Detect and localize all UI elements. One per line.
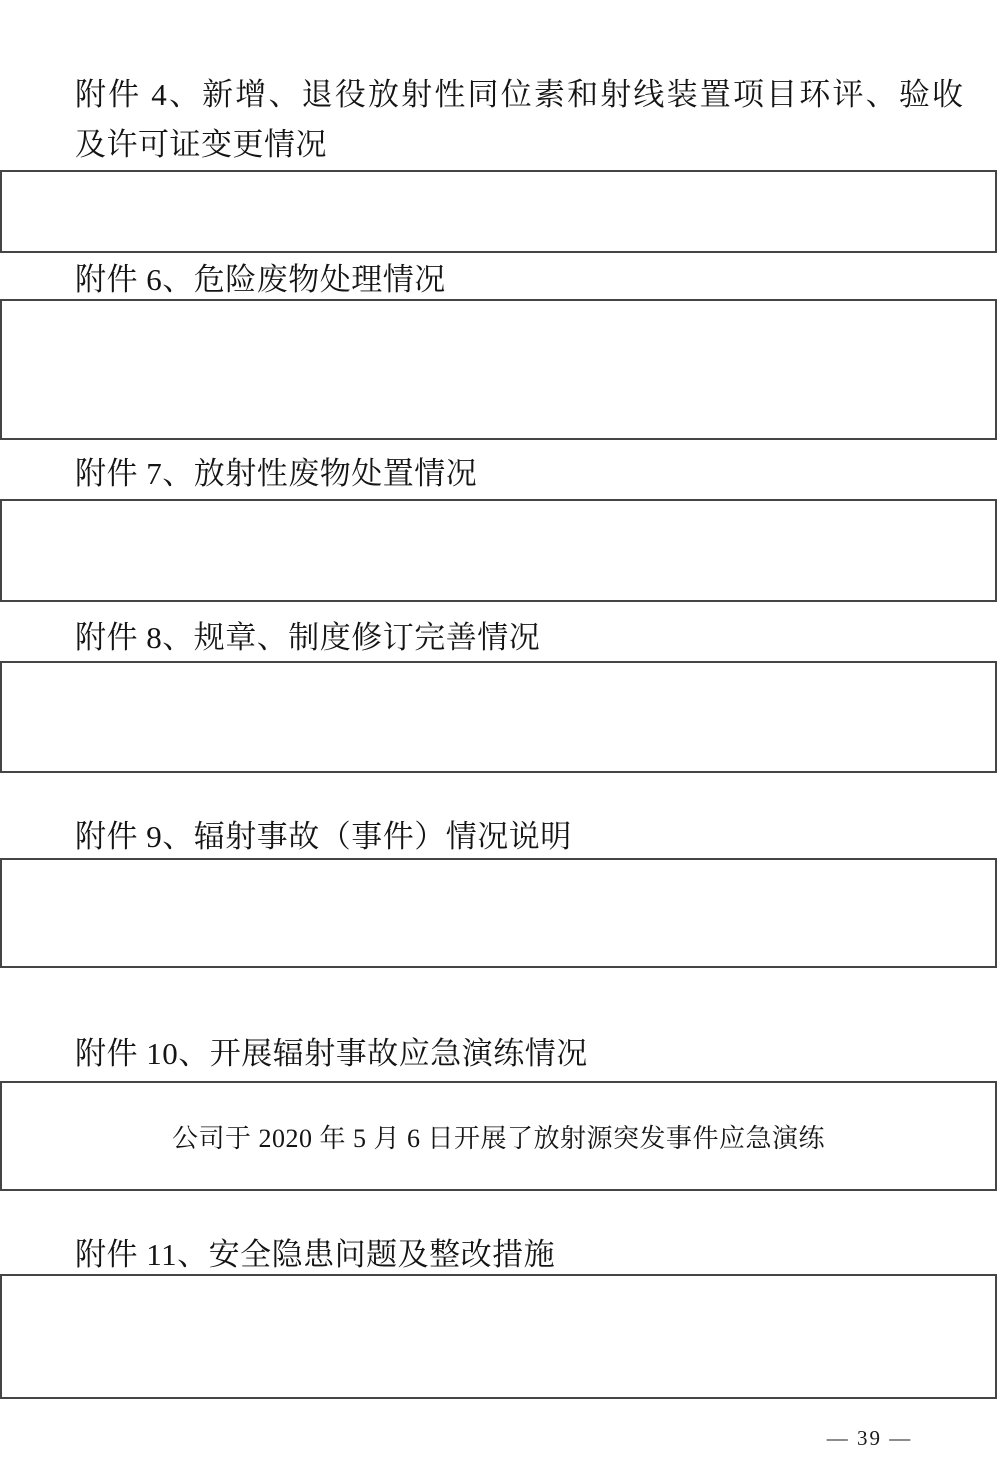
attachment-4-heading-line-2: 及许可证变更情况 [75,128,327,161]
attachment-4-box [0,170,997,253]
attachment-4-heading-line-1: 附件 4、新增、退役放射性同位素和射线装置项目环评、验收 [75,78,963,111]
attachment-6-box-text [2,301,995,438]
attachment-11-box-text [2,1276,995,1397]
attachment-7-box-text [2,501,995,600]
attachment-10-heading: 附件 10、开展辐射事故应急演练情况 [75,1037,588,1070]
attachment-9-box [0,858,997,968]
attachment-9-box-text [2,860,995,966]
attachment-6-heading: 附件 6、危险废物处理情况 [75,263,446,296]
attachment-8-box [0,661,997,773]
attachment-10-box-text: 公司于 2020 年 5 月 6 日开展了放射源突发事件应急演练 [2,1083,995,1189]
attachment-4-box-text [2,172,995,251]
attachment-8-box-text [2,663,995,771]
attachment-6-box [0,299,997,440]
attachment-8-heading: 附件 8、规章、制度修订完善情况 [75,621,540,654]
page-number: — 39 — [812,1426,927,1451]
attachment-7-heading: 附件 7、放射性废物处置情况 [75,457,477,490]
attachment-11-box [0,1274,997,1399]
attachment-7-box [0,499,997,602]
attachment-9-heading: 附件 9、辐射事故（事件）情况说明 [75,820,572,853]
attachment-10-box: 公司于 2020 年 5 月 6 日开展了放射源突发事件应急演练 [0,1081,997,1191]
document-page: 附件 4、新增、退役放射性同位素和射线装置项目环评、验收 及许可证变更情况 附件… [0,0,1000,1460]
attachment-11-heading: 附件 11、安全隐患问题及整改措施 [75,1238,555,1271]
